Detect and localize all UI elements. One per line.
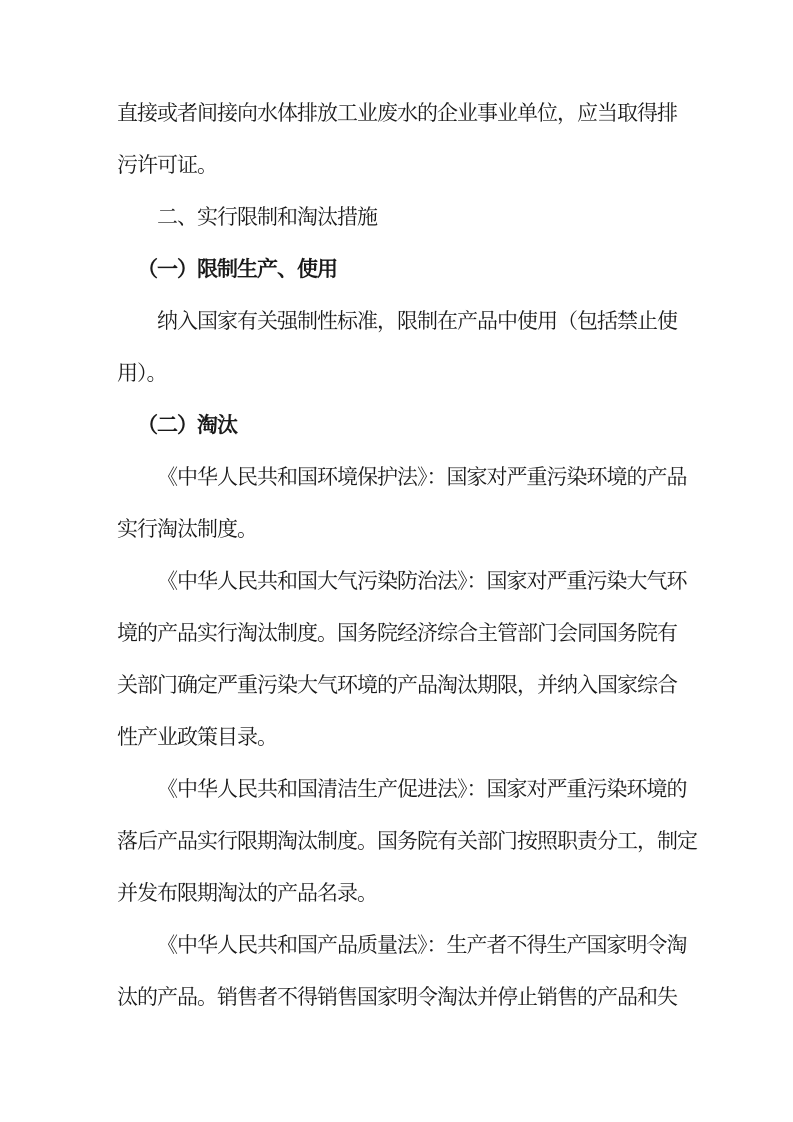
text-line: （一）限制生产、使用	[117, 244, 727, 296]
text-line: 用）。	[117, 348, 727, 400]
document-page: 直接或者间接向水体排放工业废水的企业事业单位，应当取得排污许可证。二、实行限制和…	[0, 0, 793, 1122]
text-line: 性产业政策目录。	[117, 712, 727, 764]
paragraph: 《中华人民共和国产品质量法》：生产者不得生产国家明令淘汰的产品。销售者不得销售国…	[117, 920, 727, 1024]
text-line: 并发布限期淘汰的产品名录。	[117, 868, 727, 920]
text-line: 《中华人民共和国环境保护法》：国家对严重污染环境的产品	[117, 452, 727, 504]
paragraph: 《中华人民共和国清洁生产促进法》：国家对严重污染环境的落后产品实行限期淘汰制度。…	[117, 764, 727, 920]
text-line: 污许可证。	[117, 140, 727, 192]
text-line: 直接或者间接向水体排放工业废水的企业事业单位，应当取得排	[117, 88, 727, 140]
text-line: 关部门确定严重污染大气环境的产品淘汰期限，并纳入国家综合	[117, 660, 727, 712]
text-line: 《中华人民共和国清洁生产促进法》：国家对严重污染环境的	[117, 764, 727, 816]
text-line: 境的产品实行淘汰制度。国务院经济综合主管部门会同国务院有	[117, 608, 727, 660]
paragraph: 《中华人民共和国环境保护法》：国家对严重污染环境的产品实行淘汰制度。	[117, 452, 727, 556]
text-line: 纳入国家有关强制性标准，限制在产品中使用（包括禁止使	[117, 296, 727, 348]
document-content: 直接或者间接向水体排放工业废水的企业事业单位，应当取得排污许可证。二、实行限制和…	[117, 88, 727, 1024]
paragraph: 《中华人民共和国大气污染防治法》：国家对严重污染大气环境的产品实行淘汰制度。国务…	[117, 556, 727, 764]
paragraph: 纳入国家有关强制性标准，限制在产品中使用（包括禁止使用）。	[117, 296, 727, 400]
text-line: 《中华人民共和国产品质量法》：生产者不得生产国家明令淘	[117, 920, 727, 972]
text-line: 实行淘汰制度。	[117, 504, 727, 556]
section-heading: 二、实行限制和淘汰措施	[117, 192, 727, 244]
paragraph: 直接或者间接向水体排放工业废水的企业事业单位，应当取得排污许可证。	[117, 88, 727, 192]
text-line: 汰的产品。销售者不得销售国家明令淘汰并停止销售的产品和失	[117, 972, 727, 1024]
sub-heading: （一）限制生产、使用	[117, 244, 727, 296]
text-line: 《中华人民共和国大气污染防治法》：国家对严重污染大气环	[117, 556, 727, 608]
sub-heading: （二）淘汰	[117, 400, 727, 452]
text-line: （二）淘汰	[117, 400, 727, 452]
text-line: 落后产品实行限期淘汰制度。国务院有关部门按照职责分工，制定	[117, 816, 727, 868]
text-line: 二、实行限制和淘汰措施	[117, 192, 727, 244]
